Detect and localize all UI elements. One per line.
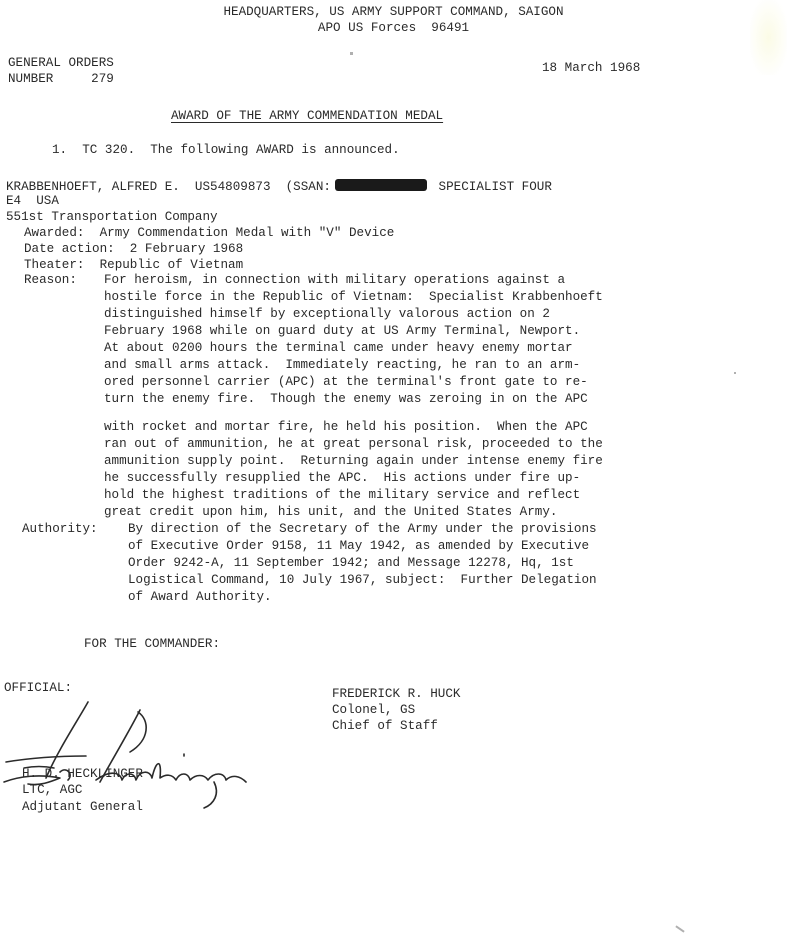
document-title: AWARD OF THE ARMY COMMENDATION MEDAL (171, 109, 443, 124)
reason-line: hold the highest traditions of the milit… (104, 488, 580, 503)
recipient-unit: 551st Transportation Company (6, 210, 218, 225)
header-command: HEADQUARTERS, US ARMY SUPPORT COMMAND, S… (0, 5, 787, 20)
reason-line: great credit upon him, his unit, and the… (104, 505, 557, 520)
reason-line: he successfully resupplied the APC. His … (104, 471, 580, 486)
authority-line: of Executive Order 9158, 11 May 1942, as… (128, 539, 589, 554)
scan-speck (675, 925, 684, 932)
recipient-name-line: KRABBENHOEFT, ALFRED E. US54809873 (SSAN… (6, 179, 552, 195)
authority-line: Logistical Command, 10 July 1967, subjec… (128, 573, 597, 588)
reason-line: ored personnel carrier (APC) at the term… (104, 375, 588, 390)
reason-line: ammunition supply point. Returning again… (104, 454, 603, 469)
reason-label: Reason: (24, 273, 77, 288)
scan-speck (350, 52, 353, 55)
reason-line: distinguished himself by exceptionally v… (104, 307, 550, 322)
reason-line: and small arms attack. Immediately react… (104, 358, 580, 373)
reason-line: with rocket and mortar fire, he held his… (104, 420, 588, 435)
authority-line: Order 9242-A, 11 September 1942; and Mes… (128, 556, 574, 571)
reason-line: For heroism, in connection with military… (104, 273, 565, 288)
chief-rank: Colonel, GS (332, 703, 415, 718)
recipient-rank: SPECIALIST FOUR (439, 180, 552, 194)
reason-line: February 1968 while on guard duty at US … (104, 324, 580, 339)
redacted-ssan (335, 179, 427, 191)
theater-line: Theater: Republic of Vietnam (24, 258, 243, 273)
official-label: OFFICIAL: (4, 681, 72, 696)
scan-speck (734, 372, 736, 374)
document-page: HEADQUARTERS, US ARMY SUPPORT COMMAND, S… (0, 0, 787, 950)
award-line: Awarded: Army Commendation Medal with "V… (24, 226, 394, 241)
order-date: 18 March 1968 (542, 61, 640, 76)
reason-line: hostile force in the Republic of Vietnam… (104, 290, 603, 305)
authority-line: By direction of the Secretary of the Arm… (128, 522, 597, 537)
date-action-line: Date action: 2 February 1968 (24, 242, 243, 257)
adjutant-name: H. D. HECKLINGER (22, 767, 143, 782)
chief-name: FREDERICK R. HUCK (332, 687, 460, 702)
header-apo: APO US Forces 96491 (0, 21, 787, 36)
recipient-grade: E4 USA (6, 194, 59, 209)
order-number: NUMBER 279 (8, 72, 114, 87)
recipient-name: KRABBENHOEFT, ALFRED E. US54809873 (SSAN… (6, 180, 331, 194)
chief-title: Chief of Staff (332, 719, 438, 734)
reason-line: At about 0200 hours the terminal came un… (104, 341, 573, 356)
reason-line: turn the enemy fire. Though the enemy wa… (104, 392, 588, 407)
paragraph-announcement: 1. TC 320. The following AWARD is announ… (52, 143, 400, 158)
for-the-commander: FOR THE COMMANDER: (84, 637, 220, 652)
adjutant-title: Adjutant General (22, 800, 143, 815)
general-orders-label: GENERAL ORDERS (8, 56, 114, 71)
authority-label: Authority: (22, 522, 98, 537)
authority-line: of Award Authority. (128, 590, 272, 605)
adjutant-rank: LTC, AGC (22, 783, 82, 798)
reason-line: ran out of ammunition, he at great perso… (104, 437, 603, 452)
